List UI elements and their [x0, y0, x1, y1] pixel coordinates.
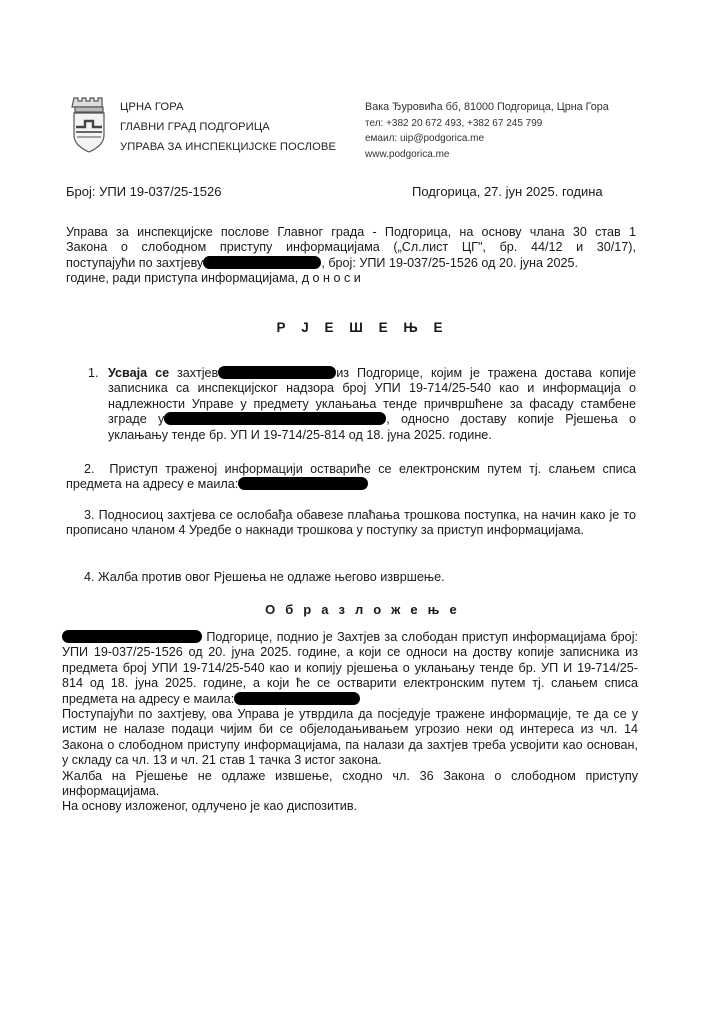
item-number: 1.: [88, 366, 99, 381]
reasoning-paragraph-4: На основу изложеног, одлучено је као дис…: [62, 799, 638, 814]
reasoning-paragraph-2: Поступајући по захтјеву, ова Управа је у…: [62, 707, 638, 769]
reasoning-paragraph-1: Подгорице, поднио је Захтјев за слободан…: [62, 630, 638, 707]
coat-of-arms-icon: [70, 95, 108, 153]
place-date: Подгорица, 27. јун 2025. година: [412, 184, 603, 199]
contact-email: емаил: uip@podgorica.me: [365, 131, 609, 147]
org-country: ЦРНА ГОРА: [120, 97, 336, 117]
reasoning-paragraph-3: Жалба на Рјешење не одлаже извшење, сход…: [62, 769, 638, 800]
intro-line-1: Управа за инспекцијске послове Главног г…: [66, 225, 636, 240]
redacted-applicant-name: [203, 256, 321, 269]
intro-paragraph: Управа за инспекцијске послове Главног г…: [66, 225, 636, 287]
decision-item-3: 3. Подносиоц захтјева се ослобађа обавез…: [66, 508, 636, 539]
organization-block: ЦРНА ГОРА ГЛАВНИ ГРАД ПОДГОРИЦА УПРАВА З…: [120, 97, 336, 157]
item-lead: Усваја се: [108, 366, 169, 380]
reasoning-title: О б р а з л о ж е њ е: [0, 602, 725, 617]
decision-title: Р Ј Е Ш Е Њ Е: [0, 320, 725, 335]
org-city: ГЛАВНИ ГРАД ПОДГОРИЦА: [120, 117, 336, 137]
redacted-address: [164, 412, 386, 425]
contact-website: www.podgorica.me: [365, 147, 609, 163]
contact-address: Вака Ђуровића бб, 81000 Подгорица, Црна …: [365, 100, 609, 116]
redacted-email: [238, 477, 368, 490]
org-department: УПРАВА ЗА ИНСПЕКЦИЈСКЕ ПОСЛОВЕ: [120, 137, 336, 157]
decision-item-1: 1. Усваја се захтјевиз Подгорице, којим …: [88, 366, 636, 443]
redacted-applicant-name: [62, 630, 202, 643]
redacted-email: [234, 692, 360, 705]
contact-phone: тел: +382 20 672 493, +382 67 245 799: [365, 116, 609, 132]
intro-line-4: године, ради приступа информацијама, д о…: [66, 271, 636, 286]
intro-line-2: Закона о слободном приступу информацијам…: [66, 240, 636, 255]
contact-block: Вака Ђуровића бб, 81000 Подгорица, Црна …: [365, 100, 609, 162]
reference-number: Број: УПИ 19-037/25-1526: [66, 184, 221, 199]
intro-line-3: поступајући по захтјеву, број: УПИ 19-03…: [66, 256, 636, 271]
decision-item-4: 4. Жалба против овог Рјешења не одлаже њ…: [66, 570, 636, 585]
intro-line-3b: , број: УПИ 19-037/25-1526 од 20. јуна 2…: [321, 256, 578, 270]
reasoning-body: Подгорице, поднио је Захтјев за слободан…: [62, 630, 638, 815]
redacted-applicant-name: [218, 366, 336, 379]
intro-line-3a: поступајући по захтјеву: [66, 256, 203, 270]
decision-item-2: 2. Приступ траженој информацији остварић…: [66, 462, 636, 493]
